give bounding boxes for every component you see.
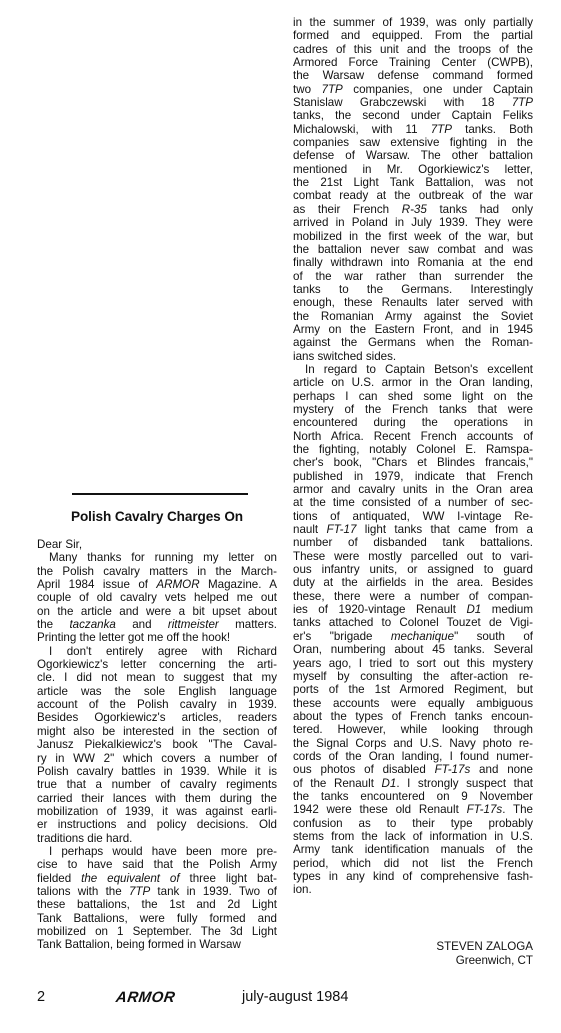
text-line: published in 1979, indicate that French [293,470,533,483]
text-line: companies saw extensive fighting in the [293,136,533,149]
text-line: I don't entirely agree with Richard [37,645,277,658]
text-line: these accounts were equally ambiguous [293,697,533,710]
text-line: couple of old cavalry vets helped me out [37,591,277,604]
text-line: combat ready at the outbreak of the war [293,189,533,202]
text-line: cords of the Oran landing, I found numer… [293,750,533,763]
text-line: number of disbanded tank battalions. [293,536,533,549]
text-line: Polish cavalry battles in 1939. While it… [37,765,277,778]
text-line: mystery of the French tanks that were [293,403,533,416]
text-line: the fighting, notably Colonel E. Ramspa- [293,443,533,456]
text-line: talions with the 7TP tank in 1939. Two o… [37,885,277,898]
text-line: the Polish cavalry matters in the March- [37,565,277,578]
text-line: stems from the lack of information in U.… [293,830,533,843]
left-column-text: Dear Sir,Many thanks for running my lett… [37,538,277,952]
text-line: arrived in Poland in July 1939. They wer… [293,216,533,229]
text-line: Printing the letter got me off the hook! [37,631,277,644]
text-line: carried their lances with them during th… [37,792,277,805]
text-line: Janusz Piekalkiewicz's book "The Caval- [37,738,277,751]
text-line: Dear Sir, [37,538,277,551]
text-line: cle. I did not mean to suggest that my [37,671,277,684]
text-line: tanks attached to Colonel Touzet de Vigi… [293,616,533,629]
text-line: er's "brigade mechanique" south of [293,630,533,643]
text-line: period, which did not list the French [293,857,533,870]
text-line: might also be interested in the section … [37,725,277,738]
text-line: these battalions, the 1st and 2d Light [37,898,277,911]
text-line: Army tank identification manuals of the [293,843,533,856]
text-line: these, there were a number of compan- [293,590,533,603]
issue-date: july-august 1984 [242,989,348,1005]
text-line: defense of Warsaw. The other battalion [293,149,533,162]
text-line: account of the Polish cavalry in 1939. [37,698,277,711]
text-line: two 7TP companies, one under Captain [293,83,533,96]
text-line: in the summer of 1939, was only partiall… [293,16,533,29]
text-line: tanks, the second under Captain Feliks [293,109,533,122]
signature-block: STEVEN ZALOGA Greenwich, CT [293,940,533,967]
text-line: ports of the 1st Armored Regiment, but [293,683,533,696]
page-number: 2 [37,989,45,1005]
text-line: traditions die hard. [37,832,277,845]
text-line: 1942 were these old Renault FT-17s. The [293,803,533,816]
text-line: mobilization of 1939, it was against ear… [37,805,277,818]
text-line: Ogorkiewicz's letter concerning the arti… [37,658,277,671]
text-line: the Signal Corps and U.S. Navy photo re- [293,737,533,750]
text-line: as their French R-35 tanks had only [293,203,533,216]
article-title: Polish Cavalry Charges On [37,509,277,524]
text-line: North Africa. Recent French accounts of [293,430,533,443]
text-line: I perhaps would have been more pre- [37,845,277,858]
text-line: nault FT-17 light tanks that came from a [293,523,533,536]
text-line: ous photos of disabled FT-17s and none [293,763,533,776]
text-line: the Warsaw defense command formed [293,69,533,82]
text-line: article was the sole English language [37,685,277,698]
text-line: Army on the Eastern Front, and in 1945 [293,323,533,336]
text-line: duty at the airfields in the area. Besid… [293,576,533,589]
text-line: perhaps I can shed some light on the [293,390,533,403]
text-line: on the article and were a bit upset abou… [37,605,277,618]
text-line: Oran, numbering about 45 tanks. Several [293,643,533,656]
text-line: formed and equipped. From the partial [293,29,533,42]
text-line: of the war rather than surrender the [293,270,533,283]
author-name: STEVEN ZALOGA [293,940,533,954]
text-line: the battalion never saw combat and was [293,243,533,256]
text-line: mobilized on 1 September. The 3d Light [37,925,277,938]
text-line: In regard to Captain Betson's excellent [293,363,533,376]
text-line: tered. However, while looking through [293,723,533,736]
text-line: the taczanka and rittmeister matters. [37,618,277,631]
text-line: ies of 1920-vintage Renault D1 medium [293,603,533,616]
text-line: at the time consisted of a number of sec… [293,496,533,509]
text-line: the Romanian Army against the Soviet [293,310,533,323]
author-location: Greenwich, CT [293,954,533,968]
text-line: Michalowski, with 11 7TP tanks. Both [293,123,533,136]
text-line: cher's book, "Chars et Blindes francais,… [293,456,533,469]
text-line: myself by consulting the after-action re… [293,670,533,683]
text-line: mentioned in Mr. Ogorkiewicz's letter, [293,163,533,176]
text-line: encountered during the operations in [293,416,533,429]
text-line: ous infantry units, or assigned to guard [293,563,533,576]
title-rule-divider [72,493,248,495]
text-line: ians switched sides. [293,350,533,363]
text-line: Many thanks for running my letter on [37,551,277,564]
page-footer: 2 ARMOR july-august 1984 [0,989,561,1009]
text-line: enough, these Renaults later served with [293,296,533,309]
text-line: cadres of this unit and the troops of th… [293,43,533,56]
magazine-logo: ARMOR [115,989,177,1006]
text-line: Armored Force Training Center (CWPB), [293,56,533,69]
text-line: against the Germans when the Roman- [293,336,533,349]
text-line: Tank Battalions, were fully formed and [37,912,277,925]
text-line: years ago, I tried to sort out this myst… [293,657,533,670]
text-line: fielded the equivalent of three light ba… [37,872,277,885]
text-line: Besides Ogorkiewicz's articles, readers [37,711,277,724]
text-line: confusion as to their type probably [293,817,533,830]
text-line: Tank Battalion, being formed in Warsaw [37,938,277,951]
text-line: tanks to the Germans. Interestingly [293,283,533,296]
text-line: tions of antiquated, WW I-vintage Re- [293,510,533,523]
text-line: armor and cavalry units in the Oran area [293,483,533,496]
text-line: mobilized in the first week of the war, … [293,230,533,243]
right-column-text: in the summer of 1939, was only partiall… [293,16,533,897]
text-line: true that a number of cavalry regiments [37,778,277,791]
text-line: the tanks encountered on 9 November [293,790,533,803]
text-line: article on U.S. armor in the Oran landin… [293,376,533,389]
text-line: the 21st Light Tank Battalion, was not [293,176,533,189]
text-line: Stanislaw Grabczewski with 18 7TP [293,96,533,109]
text-line: about the types of French tanks encoun- [293,710,533,723]
text-line: April 1984 issue of ARMOR Magazine. A [37,578,277,591]
text-line: cise to have said that the Polish Army [37,858,277,871]
text-line: These were mostly parcelled out to vari- [293,550,533,563]
text-line: of the Renault D1. I strongly suspect th… [293,777,533,790]
text-line: er instructions and policy decisions. Ol… [37,818,277,831]
text-line: ry in WW 2" which covers a number of [37,752,277,765]
text-line: ion. [293,883,533,896]
text-line: types in any kind of comprehensive fash- [293,870,533,883]
text-line: finally withdrawn into Romania at the en… [293,256,533,269]
